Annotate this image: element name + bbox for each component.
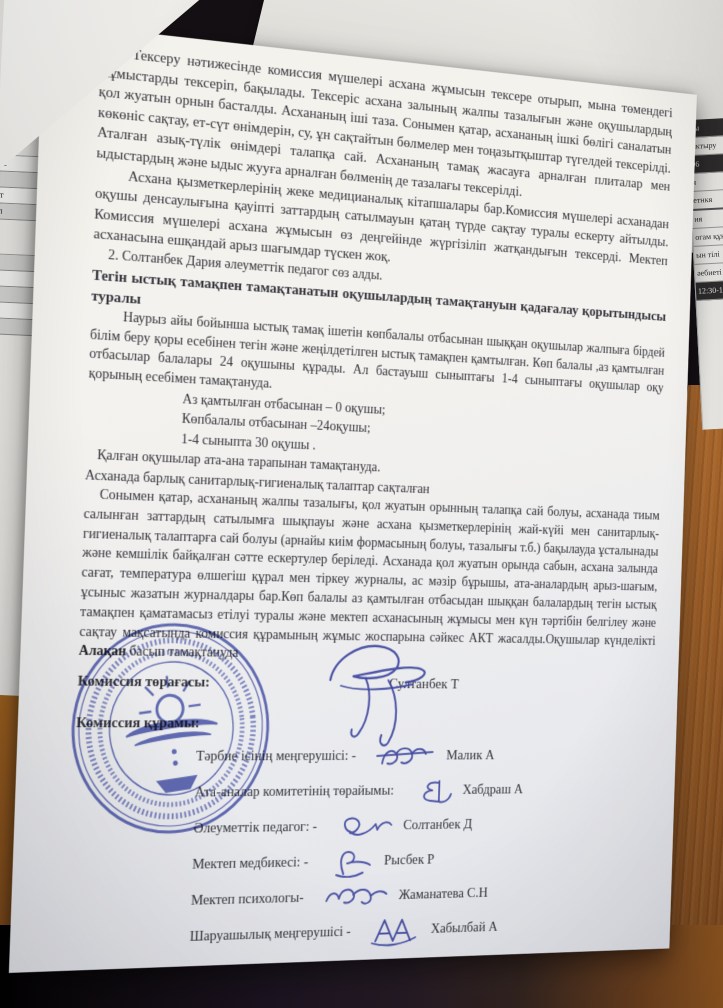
member-name: Малик А: [446, 747, 495, 766]
schedule-row: етнкя: [691, 190, 723, 211]
member-row: Шаруашылық меңгерушісі - Хабылбай А: [189, 913, 646, 949]
document-sheet: Тексеру нәтижесінде комиссия мүшелері ас…: [9, 22, 697, 973]
chairman-signature: [312, 630, 456, 749]
schedule-row: я: [690, 172, 723, 192]
schedule-row: ня: [692, 209, 723, 229]
member-name: Рысбек Р: [384, 851, 435, 871]
member-signature: [323, 882, 391, 912]
schedule-row: әебиеті: [695, 263, 723, 283]
member-name: Хабдраш А: [462, 781, 523, 800]
photo-of-document: { "colors": { "ink_blue": "#3f479f", "st…: [0, 0, 723, 1008]
member-row: Мектеп медбикесі: - Рысбек Р: [192, 846, 649, 876]
member-signature: [336, 812, 395, 841]
member-signature: [412, 777, 454, 806]
schedule-row: огам құқық: [693, 227, 723, 247]
member-role: Мектеп медбикесі: -: [192, 854, 309, 876]
member-role: Шаруашылық меңгерушісі -: [189, 923, 351, 947]
member-row: Мектеп психологы- Жаманатева С.Н: [191, 880, 648, 913]
member-name: Хабылбай А: [431, 919, 498, 940]
member-signature: [327, 847, 376, 878]
schedule-row: ын тілі: [694, 245, 723, 265]
member-name: Солтанбек Д: [403, 816, 473, 836]
schedule-row: 12:30-13: [696, 281, 723, 301]
member-role: Мектеп психологы-: [191, 889, 304, 911]
official-stamp: [48, 602, 292, 859]
member-name: Жаманатева С.Н: [399, 885, 488, 906]
member-signature: [370, 915, 423, 947]
